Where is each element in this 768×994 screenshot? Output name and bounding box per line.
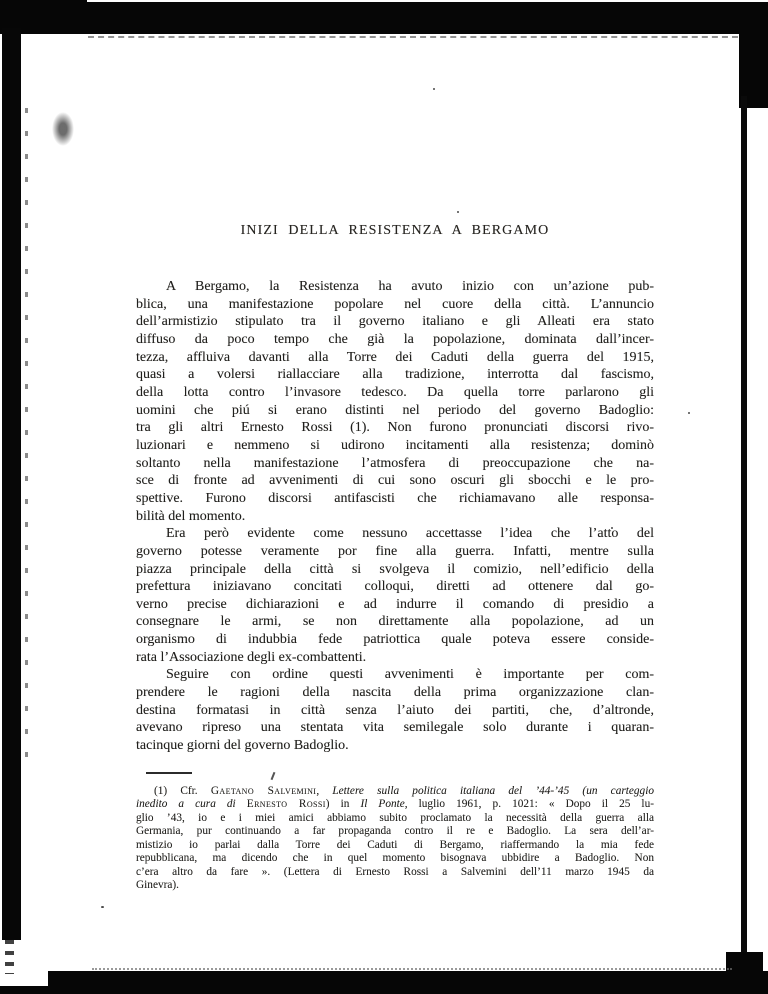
text-column: INIZI DELLA RESISTENZA A BERGAMO A Berga… (136, 0, 654, 994)
footnote-marker-text: (1) Cfr. (154, 785, 211, 797)
footnote-text-italic: inedito a cura di (136, 798, 247, 810)
footnote-line: glio ’43, io e i miei amici abbiamo subi… (136, 812, 654, 825)
text-line: diffuso da poco tempo che già la popolaz… (136, 331, 654, 349)
text-line: luzionari e nemmeno si udirono incitamen… (136, 437, 654, 455)
text-line: prendere le ragioni della nascita della … (136, 684, 654, 702)
footnote-line: c’era altro da fare ». (Lettera di Ernes… (136, 866, 654, 879)
text-line: uomini che piú si erano distinti nel per… (136, 402, 654, 420)
footnote-line: repubblicana, ma dicendo che in quel mom… (136, 852, 654, 865)
text-line: sce di fronte ad avvenimenti di cui sono… (136, 472, 654, 490)
text-line: rata l’Associazione degli ex-combattenti… (136, 649, 654, 667)
paragraph: A Bergamo, la Resistenza ha avuto inizio… (136, 278, 654, 525)
footnote-line: (1) Cfr. Gaetano Salvemini, Lettere sull… (136, 785, 654, 798)
text-line: tacinque giorni del governo Badoglio. (136, 737, 654, 755)
footnote-rule (146, 772, 192, 774)
footnote-text-run: ) in (326, 798, 361, 810)
body-text: A Bergamo, la Resistenza ha avuto inizio… (136, 278, 654, 755)
text-line: piazza principale della città si svolgev… (136, 561, 654, 579)
footnote-line: Germania, pur continuando a far propagan… (136, 825, 654, 838)
paragraph: Era però evidente come nessuno accettass… (136, 525, 654, 666)
scan-border-left-tail (5, 940, 14, 974)
text-line: quasi a volersi riallacciare alla tradiz… (136, 366, 654, 384)
scan-page-edge-right (741, 96, 747, 958)
footnote-author-smallcaps: Gaetano Salvemini (211, 785, 317, 797)
paragraph: Seguire con ordine questi avvenimenti è … (136, 666, 654, 754)
text-line: destina formatasi in città senza l’aiuto… (136, 702, 654, 720)
scan-speck (688, 412, 690, 414)
text-line: Seguire con ordine questi avvenimenti è … (136, 666, 654, 684)
text-line: bilità del momento. (136, 508, 654, 526)
scanned-book-page: INIZI DELLA RESISTENZA A BERGAMO A Berga… (0, 0, 768, 994)
text-line: tezza, affluiva davanti alla Torre dei C… (136, 349, 654, 367)
text-line: tra gli altri Ernesto Rossi (1). Non fur… (136, 419, 654, 437)
scan-smudge (52, 112, 74, 146)
text-line: della lotta contro l’invasore tedesco. D… (136, 384, 654, 402)
text-line: consegnare le armi, se non direttamente … (136, 613, 654, 631)
text-line: blica, una manifestazione popolare nel c… (136, 296, 654, 314)
text-line: organismo di indubbia fede patriottica q… (136, 631, 654, 649)
footnote-journal-italic: Il Ponte (360, 798, 404, 810)
text-line: Era però evidente come nessuno accettass… (136, 525, 654, 543)
footnote-text-run: , luglio 1961, p. 1021: « Dopo il 25 lu- (405, 798, 654, 810)
footnote-line: mistizio io parlai dalla Torre dei Cadut… (136, 839, 654, 852)
text-line: spettive. Furono discorsi antifascisti c… (136, 490, 654, 508)
scan-speckles-left (25, 108, 28, 760)
footnote-line: Ginevra). (136, 879, 654, 892)
text-line: avevano ripreso una stentata vita semile… (136, 719, 654, 737)
text-line: soltanto nella manifestazione l’atmosfer… (136, 455, 654, 473)
footnote-line: inedito a cura di Ernesto Rossi) in Il P… (136, 798, 654, 811)
footnote-work-italic: Lettere sulla politica italiana del ’44-… (332, 785, 654, 797)
text-line: governo potesse veramente por fine alla … (136, 543, 654, 561)
page-title: INIZI DELLA RESISTENZA A BERGAMO (136, 223, 654, 239)
text-line: A Bergamo, la Resistenza ha avuto inizio… (136, 278, 654, 296)
text-line: verno precise dichiarazioni e ad indurre… (136, 596, 654, 614)
text-line: prefettura iniziavano concitati colloqui… (136, 578, 654, 596)
footnote-editor-smallcaps: Ernesto Rossi (247, 798, 326, 810)
footnote: (1) Cfr. Gaetano Salvemini, Lettere sull… (136, 785, 654, 893)
scan-speck (101, 906, 104, 908)
scan-border-left (2, 28, 21, 940)
footnote-text-run: , (316, 785, 332, 797)
text-line: dell’armistizio stipulato tra il governo… (136, 313, 654, 331)
